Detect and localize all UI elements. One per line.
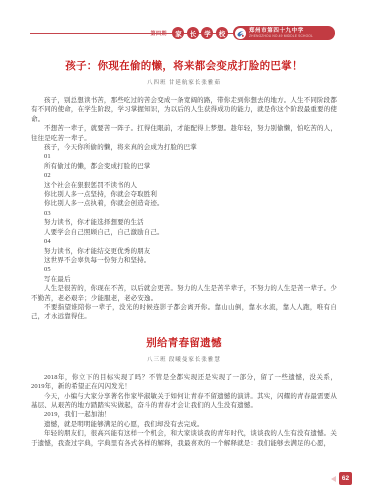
- article-title: 别给青春留遗憾: [31, 337, 337, 350]
- article-line: 所有偷过的懒，都会变成打脸的巴掌: [31, 162, 337, 171]
- article-line: 今天，小编与大家分享著名作家毕淑敏关于如何让青春不留遗憾的演讲。其实，闪耀的青春…: [31, 392, 337, 411]
- badge-circle-3: 学: [201, 27, 213, 39]
- article-line: 人生是很苦的，你现在不苦，以后就会更苦。努力的人生是苦半辈子，不努力的人生是苦一…: [31, 284, 337, 303]
- article-line: 不要指望谁陪你一辈子，没光的时候连影子都会离开你。靠山山倒，靠水水流，靠人人跑，…: [31, 303, 337, 322]
- article-line: 2019，我们一起加油！: [31, 410, 337, 419]
- article-line: 写在最后: [31, 275, 337, 284]
- article-byline: 八四班 甘延航家长张雅茹: [31, 80, 337, 87]
- school-identity: 郑州市第四十九中学 ZHENGZHOU NO.49 MIDDLE SCHOOL: [249, 28, 327, 39]
- article-line: 03: [31, 209, 337, 218]
- school-ribbon: 郑州市第四十九中学 ZHENGZHOU NO.49 MIDDLE SCHOOL: [233, 26, 335, 40]
- article-line: 你比别人多一点执着，你就会创造奇迹。: [31, 199, 337, 208]
- article-line: 遗憾，就是明明能够满足的心愿，我们却没有去完成。: [31, 420, 337, 429]
- article-line: 年轻的朋友们，很高兴能有这样一个机会，和大家谈谈我的青年时代，谈谈我的人生有没有…: [31, 429, 337, 448]
- article-line: 05: [31, 265, 337, 274]
- header: 第四期 家 长 学 校 郑州市第四十九中学 ZHENGZHOU NO.49 MI…: [150, 26, 335, 40]
- article-line: 不想苦一辈子，就要苦一阵子。扛得住眼前，才能配得上梦想。趁年轻，努力别偷懒，怕吃…: [31, 124, 337, 143]
- article-line: 这个社会在狠狠惩罚不读书的人: [31, 181, 337, 190]
- article-line: 孩子，今天你所偷的懒，将来真的会成为打脸的巴掌: [31, 143, 337, 152]
- school-logo-icon: [235, 28, 246, 39]
- article-2: 别给青春留遗憾 八三班 段曦曼家长张雅慧 2018年，你立下的目标实现了吗？不管…: [31, 337, 337, 448]
- article-line: 这世界不会辜负每一份努力和坚持。: [31, 256, 337, 265]
- article-body: 2018年，你立下的目标实现了吗？不管是全都实现还是实现了一部分，留了一些遗憾，…: [31, 373, 337, 448]
- article-byline: 八三班 段曦曼家长张雅慧: [31, 357, 337, 364]
- school-subtitle: ZHENGZHOU NO.49 MIDDLE SCHOOL: [249, 35, 313, 38]
- badge-circle-1: 家: [172, 27, 184, 39]
- article-line: 2018年，你立下的目标实现了吗？不管是全都实现还是实现了一部分，留了一些遗憾，…: [31, 373, 337, 392]
- newsletter-page: 第四期 家 长 学 校 郑州市第四十九中学 ZHENGZHOU NO.49 MI…: [0, 0, 368, 500]
- page-content: 孩子：你现在偷的懒，将来都会变成打脸的巴掌！ 八四班 甘延航家长张雅茹 孩子，别…: [31, 60, 337, 448]
- article-body: 孩子，别总想读书苦，那些吃过的苦会变成一条宽阔的路，带你走到你想去的地方。人生不…: [31, 96, 337, 322]
- article-line: 努力读书，你才能选择想要的生活: [31, 218, 337, 227]
- article-title: 孩子：你现在偷的懒，将来都会变成打脸的巴掌！: [31, 60, 337, 73]
- page-number-badge: 62: [339, 472, 352, 485]
- issue-label: 第四期: [150, 30, 167, 37]
- article-1: 孩子：你现在偷的懒，将来都会变成打脸的巴掌！ 八四班 甘延航家长张雅茹 孩子，别…: [31, 60, 337, 322]
- article-line: 04: [31, 237, 337, 246]
- article-line: 人要学会自己照顾自己，自己激励自己。: [31, 228, 337, 237]
- article-line: 努力读书，你才能结交更优秀的朋友: [31, 247, 337, 256]
- article-line: 孩子，别总想读书苦，那些吃过的苦会变成一条宽阔的路，带你走到你想去的地方。人生不…: [31, 96, 337, 124]
- article-line: 02: [31, 171, 337, 180]
- article-line: 01: [31, 152, 337, 161]
- article-line: 你比别人多一点坚持，你就会夺取胜利: [31, 190, 337, 199]
- page-badge-chevron-icon: [331, 476, 336, 482]
- badge-circle-4: 校: [216, 27, 228, 39]
- badge-circle-2: 长: [187, 27, 199, 39]
